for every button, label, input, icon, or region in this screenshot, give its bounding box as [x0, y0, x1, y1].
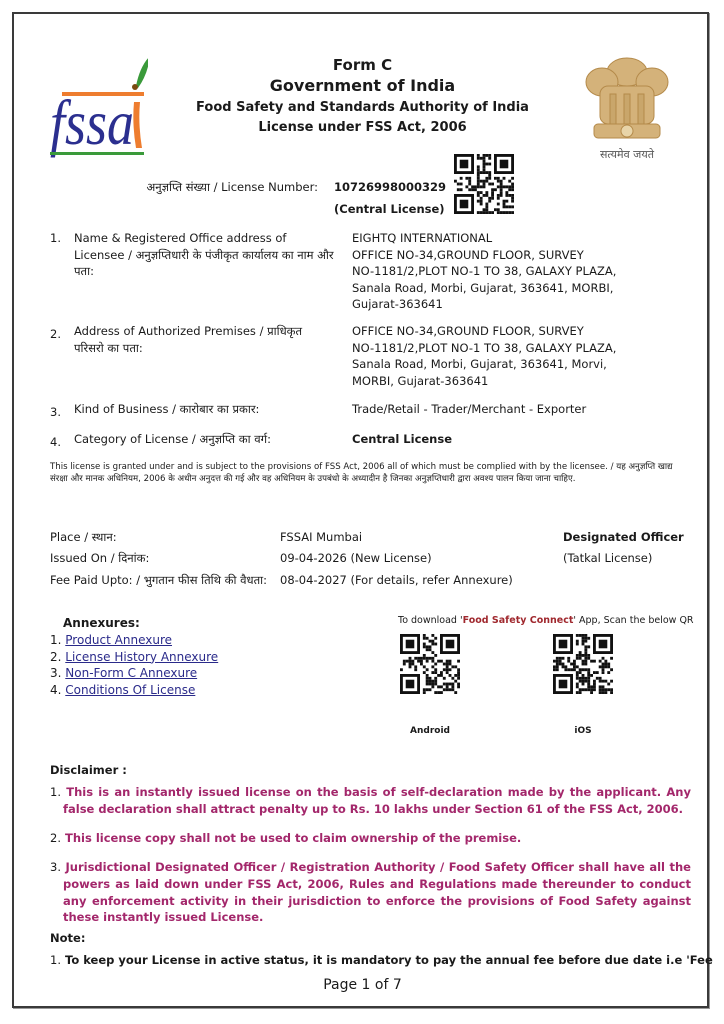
detail-label-business: Kind of Business / कारोबार का प्रकार:	[74, 401, 334, 418]
detail-value-licensee: EIGHTQ INTERNATIONAL OFFICE NO-34,GROUND…	[352, 230, 642, 313]
link-conditions-of-license[interactable]: Conditions Of License	[65, 683, 195, 697]
detail-num-4: 4.	[50, 435, 61, 449]
note-title: Note:	[50, 931, 85, 945]
disclaimer-item-1: 1. This is an instantly issued license o…	[50, 784, 691, 818]
item-text: Jurisdictional Designated Officer / Regi…	[63, 860, 691, 924]
address-line: Sanala Road, Morbi, Gujarat, 363641, MOR…	[352, 280, 642, 297]
item-text: This is an instantly issued license on t…	[63, 785, 691, 816]
link-product-annexure[interactable]: Product Annexure	[65, 633, 172, 647]
license-qr-code[interactable]	[454, 154, 514, 214]
fee-value: 08-04-2027 (For details, refer Annexure)	[280, 573, 513, 587]
license-number: 10726998000329	[334, 180, 446, 194]
caption-prefix: To download '	[398, 615, 463, 626]
issued-value: 09-04-2026 (New License)	[280, 551, 432, 565]
annexure-item: 4. Conditions Of License	[50, 682, 218, 699]
annexure-item: 3. Non-Form C Annexure	[50, 665, 218, 682]
item-num: 1.	[50, 785, 61, 799]
annexure-num: 4.	[50, 683, 61, 697]
detail-label-licensee: Name & Registered Office address of Lice…	[74, 230, 334, 280]
detail-value-category: Central License	[352, 431, 642, 448]
annexure-num: 3.	[50, 666, 61, 680]
address-line: OFFICE NO-34,GROUND FLOOR, SURVEY	[352, 247, 642, 264]
item-num: 3.	[50, 860, 61, 874]
app-download-caption: To download 'Food Safety Connect' App, S…	[398, 615, 694, 626]
disclaimer-item-3: 3. Jurisdictional Designated Officer / R…	[50, 859, 691, 926]
national-emblem: सत्यमेव जयते	[574, 50, 680, 166]
disclaimer-item-2: 2. This license copy shall not be used t…	[50, 830, 691, 847]
licensee-name: EIGHTQ INTERNATIONAL	[352, 230, 642, 247]
fee-label: Fee Paid Upto: / भुगतान फीस तिथि की वैधत…	[50, 573, 267, 588]
grant-statement: This license is granted under and is sub…	[50, 461, 680, 485]
issued-label: Issued On / दिनांक:	[50, 551, 149, 566]
caption-suffix: ' App, Scan the below QR	[573, 615, 693, 626]
address-line: OFFICE NO-34,GROUND FLOOR, SURVEY	[352, 323, 642, 340]
ios-qr[interactable]: iOS	[553, 634, 613, 718]
link-non-form-c-annexure[interactable]: Non-Form C Annexure	[65, 666, 197, 680]
page-indicator: Page 1 of 7	[14, 977, 711, 993]
place-value: FSSAI Mumbai	[280, 530, 362, 544]
detail-value-business: Trade/Retail - Trader/Merchant - Exporte…	[352, 401, 642, 418]
annexure-item: 2. License History Annexure	[50, 649, 218, 666]
detail-label-premises: Address of Authorized Premises / प्राधिक…	[74, 323, 334, 356]
address-line: MORBI, Gujarat-363641	[352, 373, 642, 390]
item-text: To keep your License in active status, i…	[65, 953, 713, 967]
android-label: Android	[400, 726, 460, 736]
detail-num-3: 3.	[50, 405, 61, 419]
address-line: NO-1181/2,PLOT NO-1 TO 38, GALAXY PLAZA,	[352, 263, 642, 280]
detail-label-category: Category of License / अनुज्ञप्ति का वर्ग…	[74, 431, 334, 448]
annexure-item: 1. Product Annexure	[50, 632, 218, 649]
license-number-label: अनुज्ञप्ति संख्या / License Number:	[118, 180, 318, 195]
item-num: 1.	[50, 953, 61, 967]
annexure-num: 1.	[50, 633, 61, 647]
disclaimer-title: Disclaimer :	[50, 763, 127, 777]
app-name: Food Safety Connect	[463, 615, 574, 626]
address-line: Gujarat-363641	[352, 296, 642, 313]
android-qr[interactable]: Android	[400, 634, 460, 718]
detail-value-premises: OFFICE NO-34,GROUND FLOOR, SURVEY NO-118…	[352, 323, 642, 389]
item-text: This license copy shall not be used to c…	[65, 831, 521, 845]
license-type: (Central License)	[334, 202, 445, 216]
designated-officer: Designated Officer	[563, 530, 684, 544]
address-line: Sanala Road, Morbi, Gujarat, 363641, Mor…	[352, 356, 642, 373]
item-num: 2.	[50, 831, 61, 845]
svg-text:सत्यमेव जयते: सत्यमेव जयते	[600, 148, 655, 161]
link-license-history-annexure[interactable]: License History Annexure	[65, 650, 218, 664]
license-document-page: fssa Form C Government of India Food Saf…	[12, 12, 709, 1008]
annexure-num: 2.	[50, 650, 61, 664]
note-item-1: 1. To keep your License in active status…	[50, 953, 713, 967]
annexures-title: Annexures:	[63, 616, 140, 630]
detail-num-2: 2.	[50, 327, 61, 341]
address-line: NO-1181/2,PLOT NO-1 TO 38, GALAXY PLAZA,	[352, 340, 642, 357]
annexures-list: 1. Product Annexure 2. License History A…	[50, 632, 218, 698]
ios-label: iOS	[553, 726, 613, 736]
place-label: Place / स्थान:	[50, 530, 117, 545]
officer-note: (Tatkal License)	[563, 551, 652, 565]
detail-num-1: 1.	[50, 231, 61, 245]
